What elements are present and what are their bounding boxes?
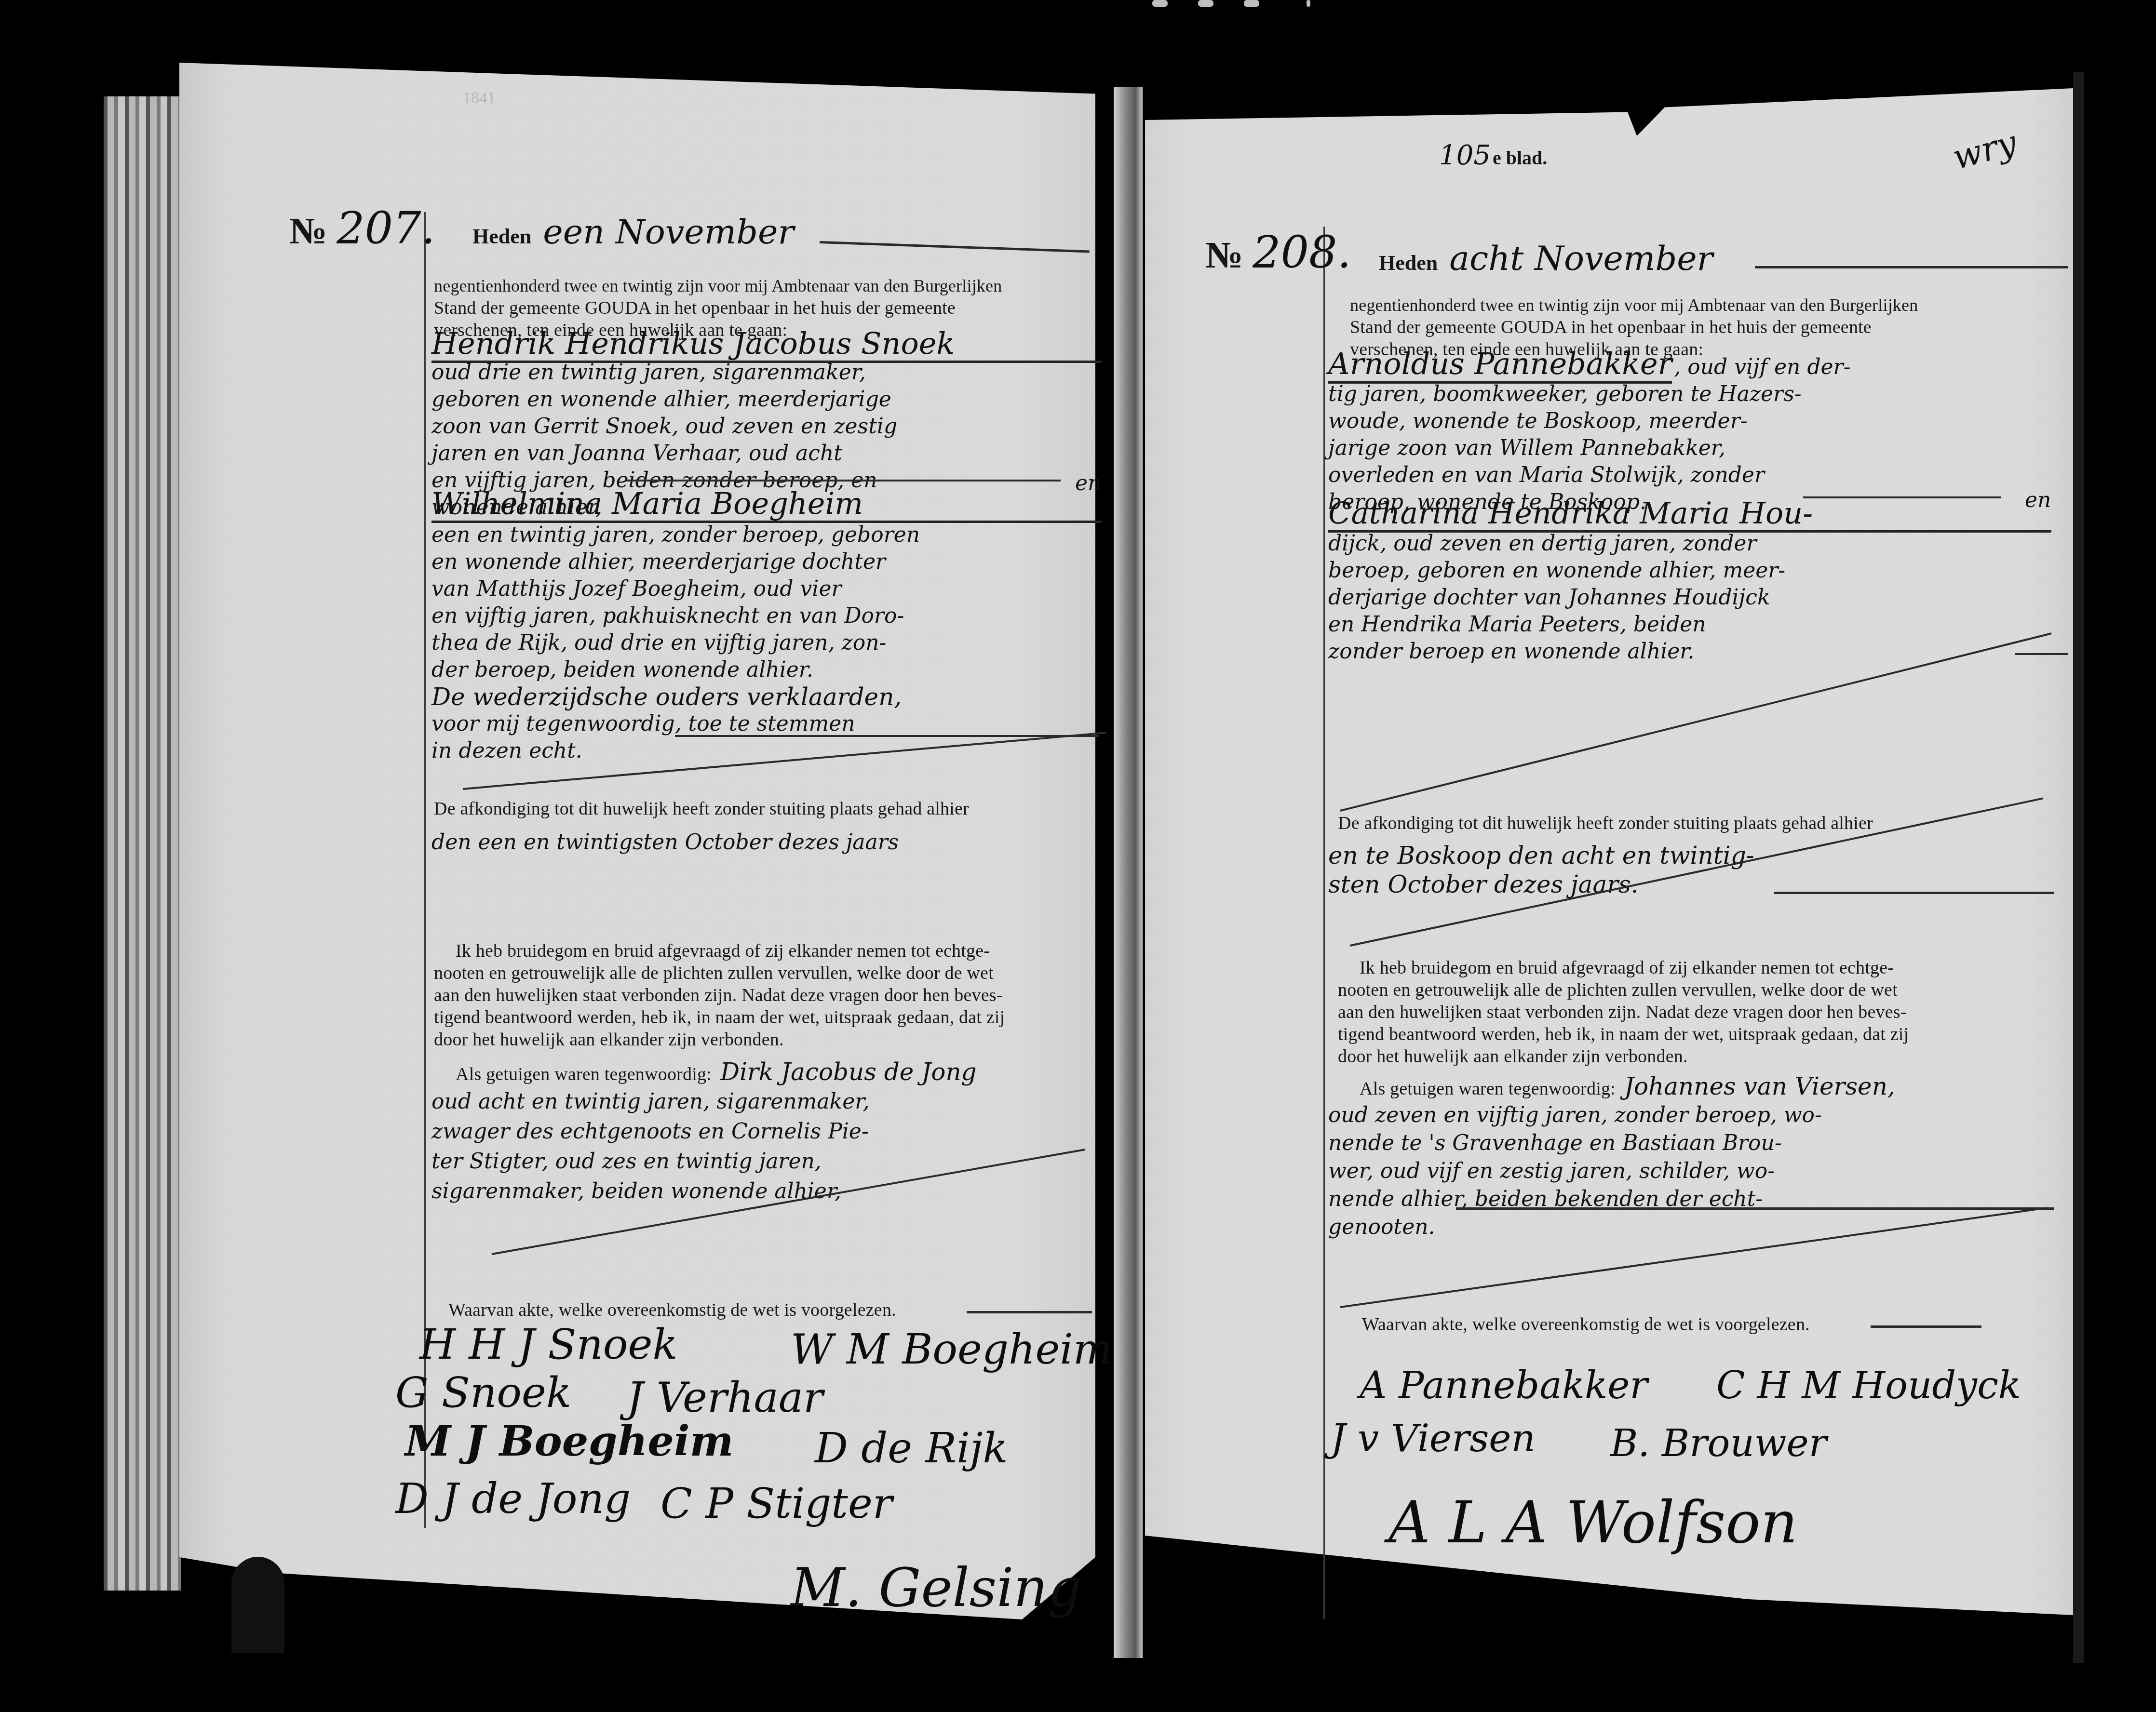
vows-line: Ik heb bruidegom en bruid afgevraagd of …: [434, 940, 1104, 962]
scan-mark: [1198, 0, 1213, 7]
fill-line: [627, 480, 1061, 481]
folio-number: 105 e blad.: [1439, 140, 1547, 171]
vows-line: nooten en getrouwelijk alle de plichten …: [1338, 979, 2022, 1001]
faint-page-mark: 1841: [463, 89, 496, 107]
detail-line: en vijftig jaren, pakhuisknecht en van D…: [431, 602, 1102, 629]
witness-line: nende te 's Gravenhage en Bastiaan Brou-: [1328, 1129, 2051, 1157]
detail-line: thea de Rijk, oud drie en vijftig jaren,…: [431, 629, 1102, 656]
book-spine: [1114, 87, 1143, 1658]
witness-first: Dirk Jacobus de Jong: [720, 1058, 977, 1086]
witnesses-heading: Als getuigen waren tegenwoordig: Dirk Ja…: [456, 1058, 977, 1086]
bride-name: Wilhelmina Maria Boegheim: [431, 487, 1102, 523]
entry-heading: Heden acht November: [1379, 239, 1713, 278]
witnesses-label: Als getuigen waren tegenwoordig:: [456, 1064, 712, 1084]
witness-line: zwager des echtgenoots en Cornelis Pie-: [431, 1117, 1106, 1147]
signature: G Snoek: [395, 1369, 571, 1417]
bride-details: een en twintig jaren, zonder beroep, geb…: [431, 522, 1102, 764]
groom-name: Arnoldus Pannebakker: [1328, 346, 1672, 384]
afkondiging-handwritten: en te Boskoop den acht en twintig- sten …: [1328, 841, 2051, 899]
signature: H H J Snoek: [419, 1321, 678, 1369]
fill-line: [967, 1311, 1092, 1313]
signature-official: M. Gelsing: [791, 1557, 1082, 1618]
detail-line: De wederzijdsche ouders verklaarden,: [431, 683, 1102, 710]
witness-line: oud acht en twintig jaren, sigarenmaker,: [431, 1087, 1106, 1117]
entry-number-prefix: №: [1205, 234, 1243, 276]
detail-line: geboren en wonende alhier, meerderjarige: [431, 386, 1102, 413]
vows-line: nooten en getrouwelijk alle de plichten …: [434, 962, 1104, 984]
detail-line: en Hendrika Maria Peeters, beiden: [1328, 611, 2051, 638]
witness-line: wer, oud vijf en zestig jaren, schilder,…: [1328, 1157, 2051, 1185]
vows-line: door het huwelijk aan elkander zijn verb…: [1338, 1045, 2022, 1068]
date-handwritten: acht November: [1449, 239, 1713, 278]
vows-line: Ik heb bruidegom en bruid afgevraagd of …: [1338, 957, 2022, 979]
entry-heading: Heden een November: [472, 212, 794, 252]
detail-line: oud drie en twintig jaren, sigarenmaker,: [431, 359, 1102, 386]
signature: W M Boegheim: [791, 1325, 1112, 1374]
signature: C H M Houdyck: [1716, 1364, 2021, 1407]
witness-line: sigarenmaker, beiden wonende alhier,: [431, 1177, 1106, 1206]
fill-line: [1774, 892, 2054, 894]
entry-number-value: 208.: [1253, 227, 1351, 278]
scan-mark: [1152, 0, 1168, 7]
witness-line: ter Stigter, oud zes en twintig jaren,: [431, 1147, 1106, 1177]
folio-value: 105: [1439, 140, 1491, 171]
entry-number-value: 207.: [337, 202, 435, 254]
preamble-line: Stand der gemeente GOUDA in het openbaar…: [434, 297, 1099, 319]
vows-text: Ik heb bruidegom en bruid afgevraagd of …: [434, 940, 1104, 1051]
detail-line: een en twintig jaren, zonder beroep, geb…: [431, 522, 1102, 548]
detail-line: van Matthijs Jozef Boegheim, oud vier: [431, 575, 1102, 602]
detail-line: dijck, oud zeven en dertig jaren, zonder: [1328, 530, 2051, 557]
detail-line: jaren en van Joanna Verhaar, oud acht: [431, 440, 1102, 467]
signature: J Verhaar: [627, 1374, 823, 1422]
heden-label: Heden: [472, 225, 531, 248]
vows-line: aan den huwelijken staat verbonden zijn.…: [1338, 1001, 2022, 1023]
signature: M J Boegheim: [405, 1417, 734, 1466]
fill-line: [675, 735, 1099, 737]
folio-suffix: e blad.: [1493, 147, 1547, 169]
detail-line: voor mij tegenwoordig, toe te stemmen: [431, 710, 1102, 737]
preamble-line: negentienhonderd twee en twintig zijn vo…: [434, 275, 1099, 297]
detail-line: en wonende alhier, meerderjarige dochter: [431, 548, 1102, 575]
witnesses-details: oud acht en twintig jaren, sigarenmaker,…: [431, 1087, 1106, 1206]
vows-line: tigend beantwoord werden, heb ik, in naa…: [1338, 1023, 2022, 1045]
afkondiging-line: en te Boskoop den acht en twintig-: [1328, 841, 2051, 870]
afkondiging-handwritten: den een en twintigsten October dezes jaa…: [431, 829, 899, 856]
preamble-line: Stand der gemeente GOUDA in het openbaar…: [1350, 316, 2035, 338]
heden-label: Heden: [1379, 251, 1438, 275]
witnesses-details: oud zeven en vijftig jaren, zonder beroe…: [1328, 1101, 2051, 1241]
vows-line: door het huwelijk aan elkander zijn verb…: [434, 1029, 1104, 1051]
preamble-line: negentienhonderd twee en twintig zijn vo…: [1350, 294, 2035, 316]
signature-official: A L A Wolfson: [1388, 1489, 1798, 1556]
detail-line: beroep, geboren en wonende alhier, meer-: [1328, 557, 2051, 584]
closing-text: Waarvan akte, welke overeenkomstig de we…: [1362, 1313, 1810, 1336]
detail-line: derjarige dochter van Johannes Houdijck: [1328, 584, 2051, 611]
entry-number: № 208.: [1205, 227, 1351, 278]
fill-line: [1755, 266, 2068, 268]
entry-number-prefix: №: [289, 210, 327, 252]
signature: D J de Jong: [395, 1475, 631, 1523]
detail-line: overleden en van Maria Stolwijk, zonder: [1328, 462, 2051, 489]
groom-line: Arnoldus Pannebakker , oud vijf en der-: [1328, 347, 1850, 381]
detail-line: jarige zoon van Willem Pannebakker,: [1328, 435, 2051, 462]
fill-line: [1456, 1207, 2054, 1210]
witness-line: oud zeven en vijftig jaren, zonder beroe…: [1328, 1101, 2051, 1129]
bride-details: dijck, oud zeven en dertig jaren, zonder…: [1328, 530, 2051, 665]
detail-line: tig jaren, boomkweeker, geboren te Hazer…: [1328, 381, 2051, 408]
scan-mark: [1244, 0, 1259, 7]
signature: A Pannebakker: [1360, 1364, 1648, 1407]
groom-name: Hendrik Hendrikus Jacobus Snoek: [431, 327, 1102, 363]
bride-name: Catharina Hendrika Maria Hou-: [1328, 496, 2051, 533]
date-handwritten: een November: [543, 212, 794, 252]
entry-number: № 207.: [289, 202, 435, 254]
vows-line: aan den huwelijken staat verbonden zijn.…: [434, 984, 1104, 1006]
fill-line: [1871, 1325, 1981, 1328]
thumb-shadow: [231, 1557, 284, 1653]
signature: C P Stigter: [660, 1480, 892, 1528]
fill-line: [2015, 653, 2068, 655]
witnesses-heading: Als getuigen waren tegenwoordig: Johanne…: [1360, 1072, 1895, 1100]
signature: B. Brouwer: [1610, 1422, 1827, 1465]
afkondiging-text: De afkondiging tot dit huwelijk heeft zo…: [1338, 812, 1873, 834]
detail-line: der beroep, beiden wonende alhier.: [431, 656, 1102, 683]
groom-name-tail: , oud vijf en der-: [1674, 355, 1850, 379]
closing-text: Waarvan akte, welke overeenkomstig de we…: [448, 1299, 896, 1321]
vows-text: Ik heb bruidegom en bruid afgevraagd of …: [1338, 957, 2022, 1068]
signature: J v Viersen: [1331, 1417, 1536, 1460]
detail-line: zoon van Gerrit Snoek, oud zeven en zest…: [431, 413, 1102, 440]
vows-line: tigend beantwoord werden, heb ik, in naa…: [434, 1006, 1104, 1029]
witness-first: Johannes van Viersen,: [1624, 1072, 1895, 1100]
witnesses-label: Als getuigen waren tegenwoordig:: [1360, 1079, 1616, 1099]
afkondiging-text: De afkondiging tot dit huwelijk heeft zo…: [434, 798, 969, 820]
right-page-edge: [2073, 72, 2084, 1663]
detail-line: woude, wonende te Boskoop, meerder-: [1328, 408, 2051, 435]
scan-mark: [1307, 0, 1310, 7]
right-margin-rule: [1323, 227, 1325, 1619]
page-stack-edge: [104, 96, 181, 1591]
signature: D de Rijk: [815, 1424, 1008, 1472]
witness-line: genooten.: [1328, 1213, 2051, 1241]
